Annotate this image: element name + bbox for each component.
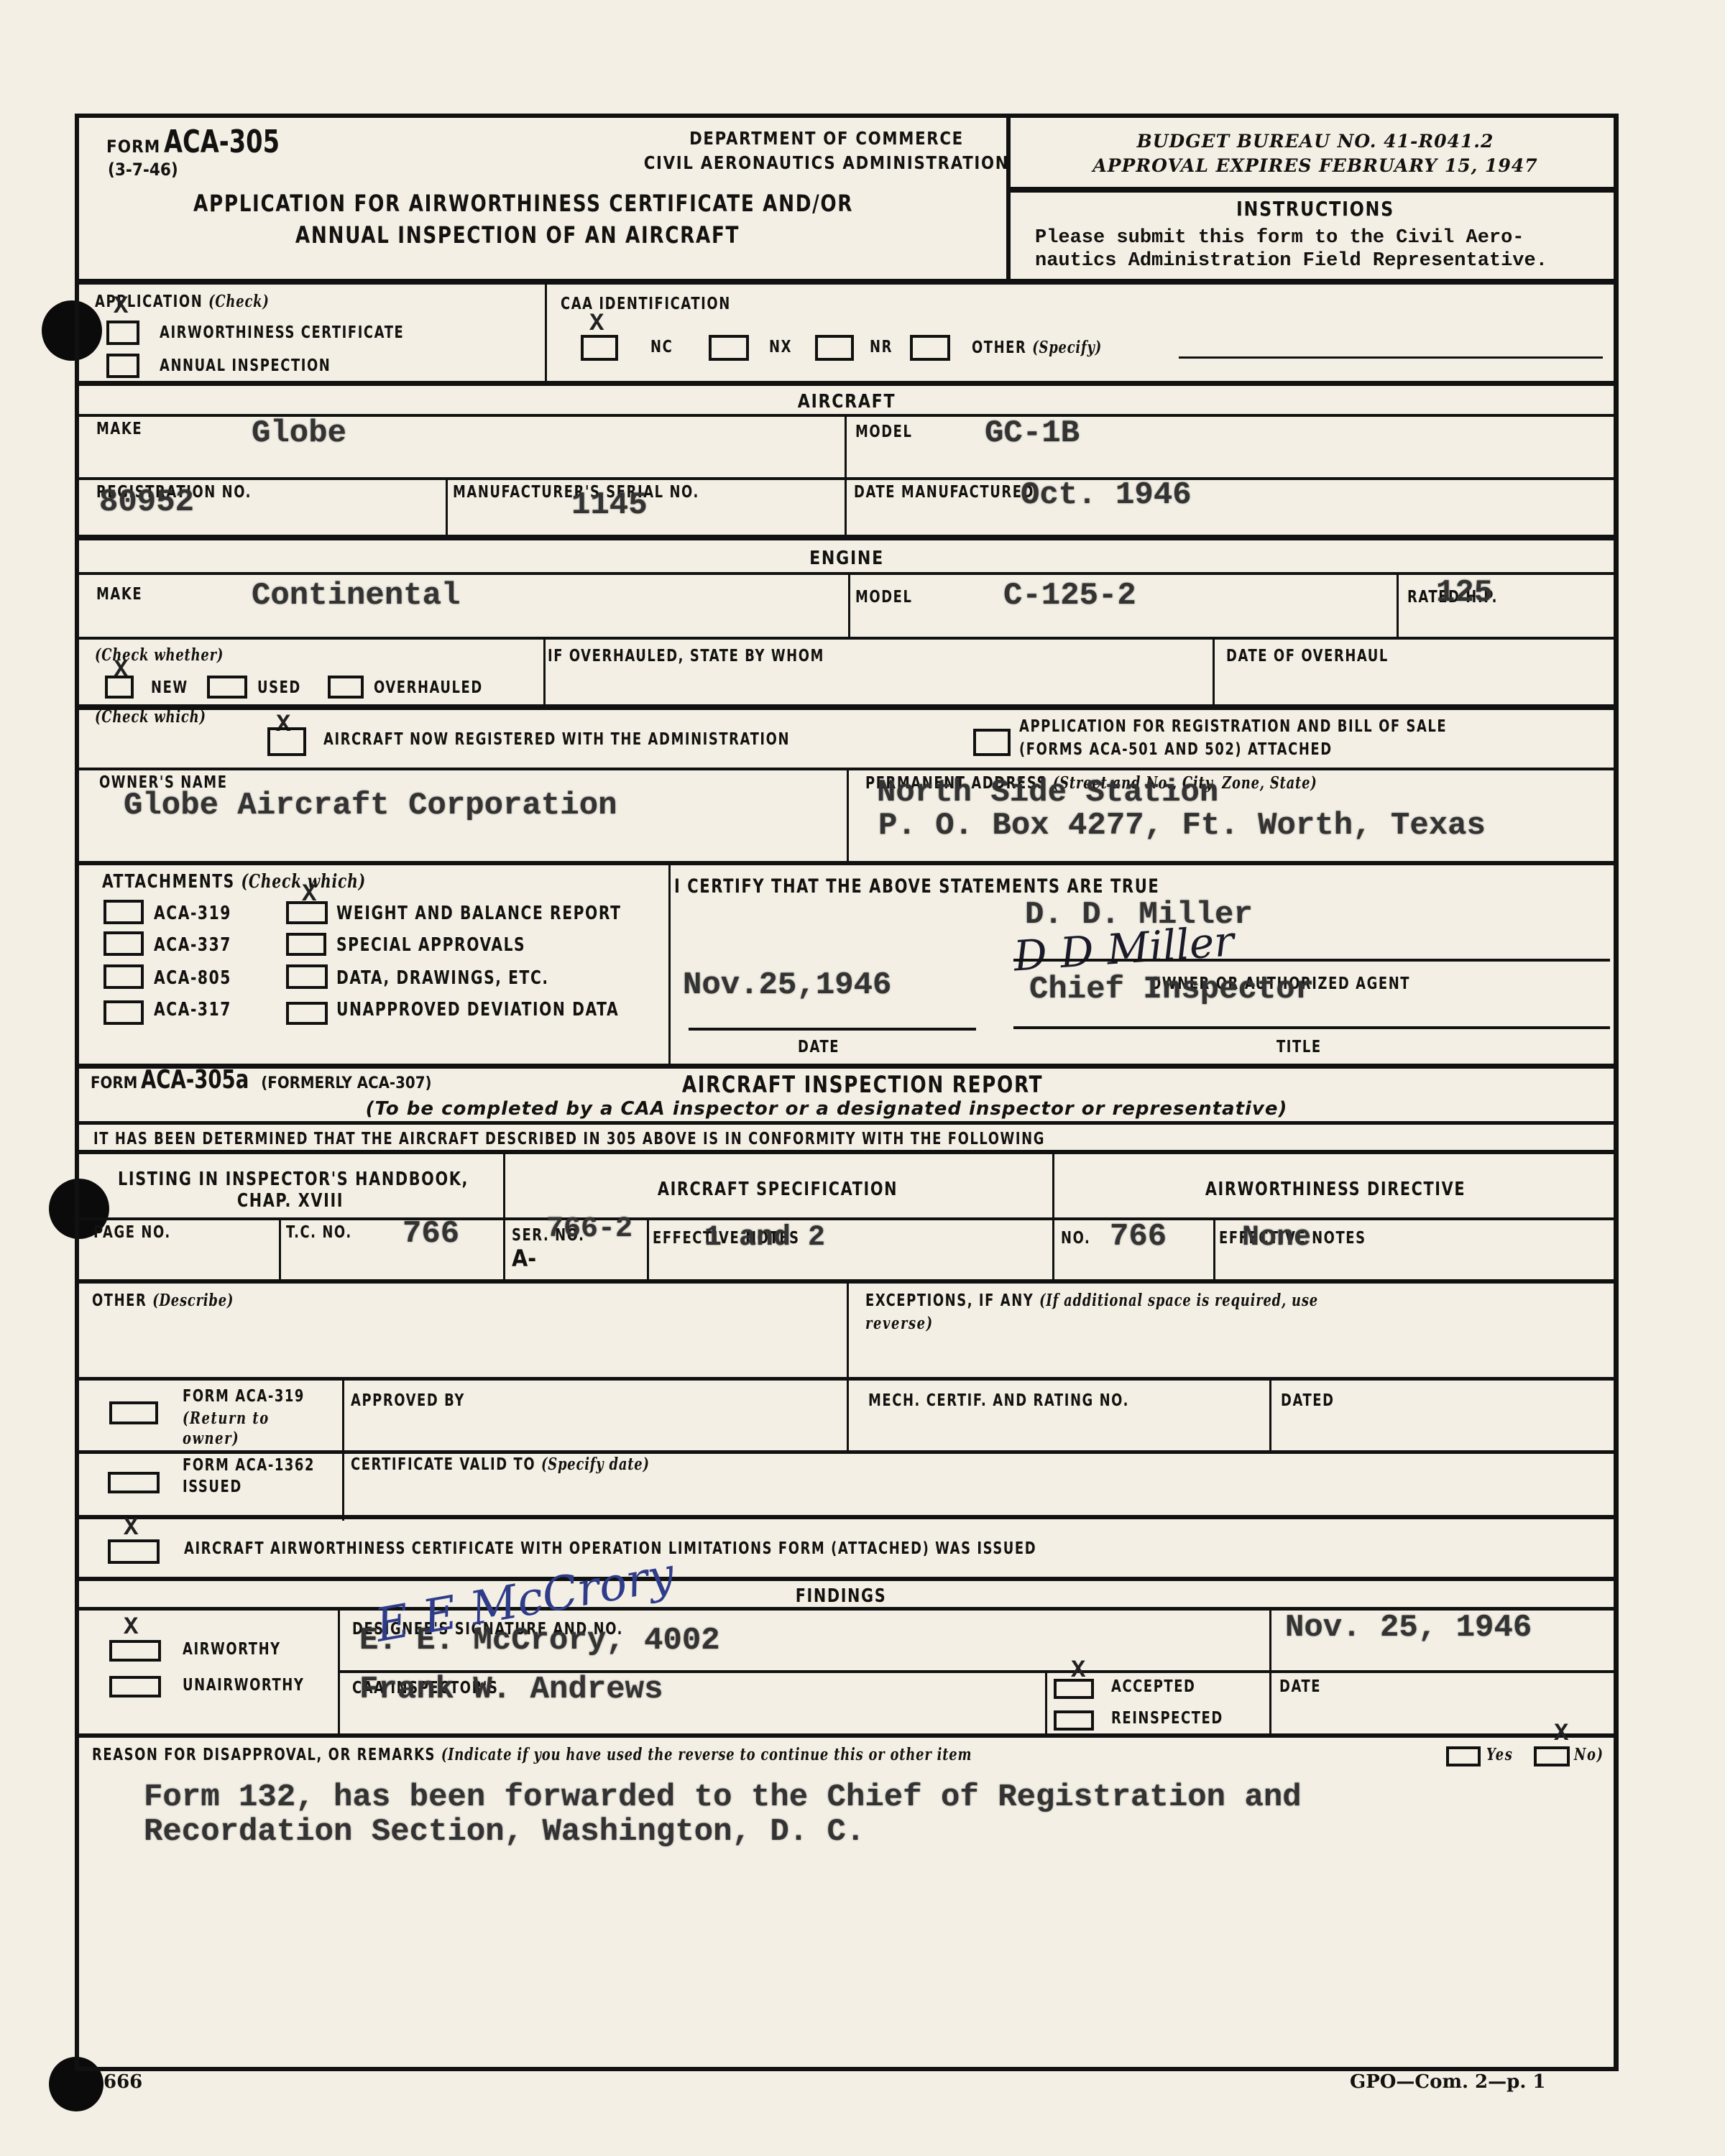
aca-805-label: ACA-805 xyxy=(154,967,231,989)
special-approvals-label: SPECIAL APPROVALS xyxy=(336,934,525,956)
aca-337-label: ACA-337 xyxy=(154,934,231,956)
unapproved-deviation-label: UNAPPROVED DEVIATION DATA xyxy=(336,999,619,1021)
certificate-valid-label: CERTIFICATE VALID TO (Specify date) xyxy=(351,1455,650,1474)
footer-right-code: GPO—Com. 2—p. 1 xyxy=(1350,2071,1546,2093)
nc-label: NC xyxy=(650,338,673,356)
title-label: TITLE xyxy=(1276,1038,1322,1056)
aircraft-make-value[interactable]: Globe xyxy=(252,415,346,451)
findings-date-label: DATE xyxy=(1279,1677,1321,1696)
form-number: ACA-305 xyxy=(164,124,280,160)
nx-label: NX xyxy=(769,338,792,356)
address-line1[interactable]: North Side Station xyxy=(877,775,1218,811)
designee-date-value[interactable]: Nov. 25, 1946 xyxy=(1285,1610,1532,1646)
aircraft-registered-checkbox[interactable] xyxy=(267,727,306,756)
date-manufactured-label: DATE MANUFACTURED xyxy=(854,483,1034,502)
application-registration-label-line2: (FORMS ACA-501 AND 502) ATTACHED xyxy=(1019,740,1333,759)
approval-expires: APPROVAL EXPIRES FEBRUARY 15, 1947 xyxy=(1013,155,1617,176)
conformity-statement: IT HAS BEEN DETERMINED THAT THE AIRCRAFT… xyxy=(93,1130,1045,1148)
engine-model-label: MODEL xyxy=(855,588,912,607)
handbook-label-line2: CHAP. XVIII xyxy=(118,1190,463,1212)
other-checkbox[interactable] xyxy=(910,335,950,361)
check-mark: X xyxy=(114,293,128,321)
aircraft-model-value[interactable]: GC-1B xyxy=(985,415,1080,451)
application-registration-checkbox[interactable] xyxy=(973,729,1011,756)
airworthiness-issued-checkbox[interactable] xyxy=(108,1539,160,1564)
reverse-no-checkbox[interactable] xyxy=(1534,1746,1570,1766)
reverse-yes-checkbox[interactable] xyxy=(1446,1746,1481,1766)
caa-inspector-value[interactable]: Frank W. Andrews xyxy=(359,1672,663,1708)
airworthy-checkbox[interactable] xyxy=(109,1640,161,1662)
attachments-label: ATTACHMENTS (Check which) xyxy=(102,871,366,893)
report-form-formerly: (FORMERLY ACA-307) xyxy=(261,1074,431,1092)
approved-by-label: APPROVED BY xyxy=(351,1391,465,1410)
annual-inspection-label: ANNUAL INSPECTION xyxy=(160,356,331,375)
exceptions-hint-line2: reverse) xyxy=(865,1314,934,1333)
ad-no-value[interactable]: 766 xyxy=(1110,1219,1167,1255)
reverse-yes-label: Yes xyxy=(1486,1745,1513,1764)
instructions-line1: Please submit this form to the Civil Aer… xyxy=(1035,227,1524,249)
footer-left-code: 666 xyxy=(103,2071,142,2093)
engine-make-label: MAKE xyxy=(96,585,142,604)
tc-no-label: T.C. NO. xyxy=(286,1223,352,1242)
report-form-number-block: FORM ACA-305a (FORMERLY ACA-307) xyxy=(91,1065,432,1095)
overhaul-date-input[interactable] xyxy=(1226,668,1607,700)
unapproved-deviation-checkbox[interactable] xyxy=(286,1002,328,1025)
inspection-report-subtitle: (To be completed by a CAA inspector or a… xyxy=(144,1098,1509,1120)
report-form-number: ACA-305a xyxy=(141,1065,249,1095)
form-319-label-line2: (Return to xyxy=(183,1409,270,1428)
nc-checkbox[interactable] xyxy=(581,335,618,361)
unairworthy-label: UNAIRWORTHY xyxy=(183,1676,304,1695)
aircraft-section-title: AIRCRAFT xyxy=(190,391,1503,413)
engine-new-checkbox[interactable] xyxy=(105,676,134,699)
registration-value[interactable]: 80952 xyxy=(99,484,194,520)
nr-label: NR xyxy=(870,338,893,356)
other-describe-input[interactable] xyxy=(93,1315,834,1373)
special-approvals-checkbox[interactable] xyxy=(286,933,326,956)
other-specify-input[interactable] xyxy=(1179,338,1603,359)
engine-overhauled-label: OVERHAULED xyxy=(374,678,483,697)
aircraft-model-label: MODEL xyxy=(855,423,912,441)
data-drawings-checkbox[interactable] xyxy=(286,964,328,989)
remarks-line2[interactable]: Recordation Section, Washington, D. C. xyxy=(144,1814,865,1850)
engine-used-checkbox[interactable] xyxy=(207,676,247,699)
overhauled-by-input[interactable] xyxy=(553,668,1200,700)
tc-no-value[interactable]: 766 xyxy=(402,1216,459,1252)
remarks-line1[interactable]: Form 132, has been forwarded to the Chie… xyxy=(144,1779,1302,1815)
check-which-label: (Check which) xyxy=(95,707,206,727)
engine-new-label: NEW xyxy=(151,678,188,697)
overhaul-date-label: DATE OF OVERHAUL xyxy=(1226,647,1389,665)
spec-effective-value[interactable]: 1 and 2 xyxy=(704,1222,825,1254)
other-describe-label: OTHER (Describe) xyxy=(92,1291,234,1310)
annual-inspection-checkbox[interactable] xyxy=(106,354,139,378)
ad-no-label: NO. xyxy=(1061,1229,1090,1248)
nx-checkbox[interactable] xyxy=(709,335,749,361)
aca-317-checkbox[interactable] xyxy=(103,1000,144,1025)
accepted-checkbox[interactable] xyxy=(1054,1679,1094,1699)
overhauled-by-label: IF OVERHAULED, STATE BY WHOM xyxy=(548,647,824,665)
spec-prefix: A- xyxy=(512,1245,536,1272)
aircraft-make-label: MAKE xyxy=(96,420,142,438)
page-no-input[interactable] xyxy=(93,1245,273,1273)
report-form-prefix: FORM xyxy=(91,1074,137,1092)
instructions-line2: nautics Administration Field Representat… xyxy=(1035,250,1547,272)
check-mark: X xyxy=(589,310,604,338)
engine-overhauled-checkbox[interactable] xyxy=(328,676,364,699)
rated-hp-value[interactable]: 125 xyxy=(1436,575,1493,611)
owner-name-value[interactable]: Globe Aircraft Corporation xyxy=(124,788,617,824)
date-manufactured-value[interactable]: Oct. 1946 xyxy=(1021,477,1192,513)
certify-statement: I CERTIFY THAT THE ABOVE STATEMENTS ARE … xyxy=(674,875,1159,898)
form-1362-label-line2: ISSUED xyxy=(183,1478,242,1496)
form-319-label-line1: FORM ACA-319 xyxy=(183,1387,305,1406)
engine-make-value[interactable]: Continental xyxy=(252,578,460,614)
aircraft-registered-label: AIRCRAFT NOW REGISTERED WITH THE ADMINIS… xyxy=(323,730,790,749)
exceptions-input[interactable] xyxy=(865,1337,1606,1373)
form-title-line1: APPLICATION FOR AIRWORTHINESS CERTIFICAT… xyxy=(193,190,842,217)
engine-used-label: USED xyxy=(257,678,301,697)
engine-model-value[interactable]: C-125-2 xyxy=(1003,578,1136,614)
aircraft-specification-label: AIRCRAFT SPECIFICATION xyxy=(558,1179,997,1200)
dated-label: DATED xyxy=(1281,1391,1335,1410)
airworthy-label: AIRWORTHY xyxy=(183,1640,281,1659)
airworthiness-issued-label: AIRCRAFT AIRWORTHINESS CERTIFICATE WITH … xyxy=(184,1539,1036,1558)
form-title-line2: ANNUAL INSPECTION OF AN AIRCRAFT xyxy=(193,221,842,249)
aca-337-checkbox[interactable] xyxy=(103,931,144,956)
check-mark: X xyxy=(1554,1720,1568,1748)
reverse-no-label: No) xyxy=(1574,1745,1604,1764)
exceptions-label: EXCEPTIONS, IF ANY (If additional space … xyxy=(865,1291,1318,1310)
form-319-checkbox[interactable] xyxy=(109,1401,158,1424)
aca-317-label: ACA-317 xyxy=(154,999,231,1021)
certification-title-value[interactable]: Chief Inspector xyxy=(1029,972,1314,1008)
check-mark: X xyxy=(124,1515,138,1542)
application-registration-label-line1: APPLICATION FOR REGISTRATION AND BILL OF… xyxy=(1019,717,1447,736)
spec-serial-value[interactable]: 766-2 xyxy=(546,1213,632,1245)
aca-805-checkbox[interactable] xyxy=(103,964,144,989)
certification-date-value[interactable]: Nov.25,1946 xyxy=(683,967,891,1003)
form-1362-label-line1: FORM ACA-1362 xyxy=(183,1456,315,1475)
check-mark: X xyxy=(124,1614,138,1641)
address-line2[interactable]: P. O. Box 4277, Ft. Worth, Texas xyxy=(878,808,1486,844)
nr-checkbox[interactable] xyxy=(815,335,854,361)
form-319-label-line3: owner) xyxy=(183,1429,239,1448)
form-prefix: FORM xyxy=(106,137,160,157)
caa-identification-label: CAA IDENTIFICATION xyxy=(561,295,731,313)
mech-cert-label: MECH. CERTIF. AND RATING NO. xyxy=(868,1391,1129,1410)
page-no-label: PAGE NO. xyxy=(93,1223,171,1242)
engine-section-title: ENGINE xyxy=(190,548,1503,569)
form-number-block: FORM ACA-305 xyxy=(106,124,300,160)
reinspected-label: REINSPECTED xyxy=(1111,1709,1223,1728)
serial-value[interactable]: 1145 xyxy=(571,487,648,523)
handbook-label-line1: LISTING IN INSPECTOR'S HANDBOOK, xyxy=(118,1169,463,1190)
date-label: DATE xyxy=(798,1038,839,1056)
data-drawings-label: DATA, DRAWINGS, ETC. xyxy=(336,967,549,989)
other-label: OTHER (Specify) xyxy=(972,338,1102,357)
accepted-label: ACCEPTED xyxy=(1111,1677,1195,1696)
weight-balance-label: WEIGHT AND BALANCE REPORT xyxy=(336,903,621,924)
instructions-title: INSTRUCTIONS xyxy=(1059,197,1572,221)
weight-balance-checkbox[interactable] xyxy=(286,901,328,924)
form-1362-checkbox[interactable] xyxy=(108,1472,160,1493)
reinspected-checkbox[interactable] xyxy=(1054,1710,1094,1731)
findings-title: FINDINGS xyxy=(743,1585,939,1607)
ad-effective-value[interactable]: None xyxy=(1242,1222,1311,1254)
aca-319-checkbox[interactable] xyxy=(103,900,144,924)
airworthiness-certificate-checkbox[interactable] xyxy=(106,321,139,345)
budget-bureau-number: BUDGET BUREAU NO. 41-R041.2 xyxy=(1013,131,1617,152)
airworthiness-directive-label: AIRWORTHINESS DIRECTIVE xyxy=(1109,1179,1562,1200)
remarks-label: REASON FOR DISAPPROVAL, OR REMARKS (Indi… xyxy=(92,1745,972,1764)
aca-319-label: ACA-319 xyxy=(154,903,231,924)
inspection-report-title: AIRCRAFT INSPECTION REPORT xyxy=(568,1071,1157,1098)
unairworthy-checkbox[interactable] xyxy=(109,1676,161,1697)
airworthiness-certificate-label: AIRWORTHINESS CERTIFICATE xyxy=(160,323,404,342)
form-revision-date: (3-7-46) xyxy=(108,160,178,180)
